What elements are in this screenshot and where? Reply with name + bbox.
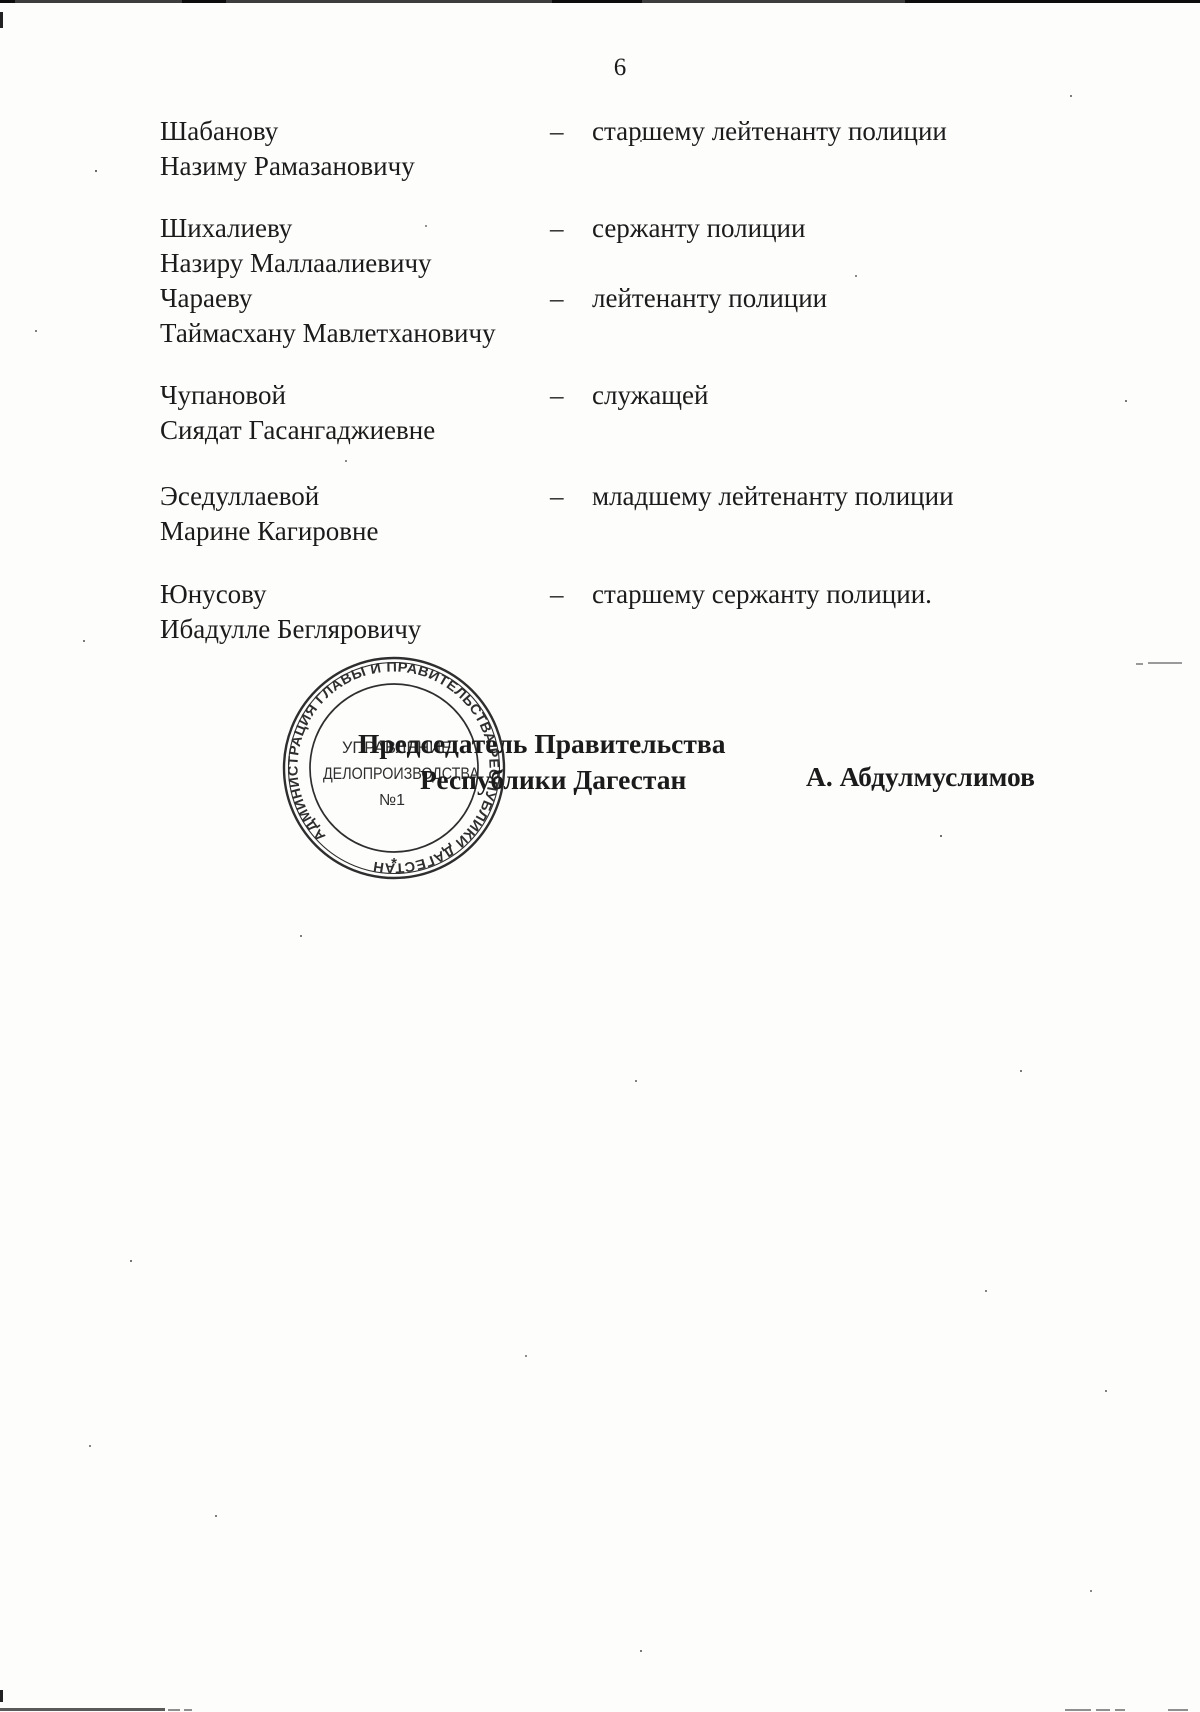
assignment-row: ЮнусовуИбадулле Бегляровичу – старшему с…	[160, 577, 1170, 647]
scan-dash-artifact	[1148, 662, 1182, 664]
scan-dash-artifact	[184, 1709, 192, 1711]
stamp-center-line3: №1	[379, 792, 405, 809]
scanned-document-page: 6 ШабановуНазиму Рамазановичу – старшему…	[0, 0, 1200, 1712]
assignment-row: ШихалиевуНазиру Маллаалиевичу – сержанту…	[160, 211, 1170, 281]
page-number: 6	[594, 54, 646, 82]
stamp-ring-star: *	[391, 855, 397, 872]
assignment-row: ЧараевуТаймасхану Мавлетхановичу – лейте…	[160, 281, 1170, 351]
separator-dash: –	[550, 378, 592, 413]
separator-dash: –	[550, 114, 592, 149]
assignment-row: ЭседуллаевойМарине Кагировне – младшему …	[160, 479, 1170, 549]
scan-edge-artifact-left	[0, 12, 3, 28]
scan-dash-artifact	[168, 1709, 180, 1711]
recipient-name: ЧараевуТаймасхану Мавлетхановичу	[160, 281, 550, 351]
separator-dash: –	[550, 577, 592, 612]
assigned-rank: служащей	[592, 378, 1170, 413]
assigned-rank: старшему сержанту полиции.	[592, 577, 1170, 612]
scan-dash-artifact	[1136, 663, 1143, 665]
recipient-name: ЧупановойСиядат Гасангаджиевне	[160, 378, 550, 448]
assignment-row: ШабановуНазиму Рамазановичу – старшему л…	[160, 114, 1170, 184]
scan-edge-artifact-bottom-left	[0, 1708, 165, 1711]
assigned-rank: младшему лейтенанту полиции	[592, 479, 1170, 514]
signatory-name: А. Абдулмуслимов	[806, 761, 1035, 793]
scan-noise-specks	[95, 170, 97, 172]
scan-dash-artifact	[1065, 1709, 1091, 1711]
scan-dash-artifact	[1115, 1709, 1125, 1711]
assigned-rank: старшему лейтенанту полиции	[592, 114, 1170, 149]
separator-dash: –	[550, 211, 592, 246]
scan-dash-artifact	[1168, 1709, 1188, 1711]
separator-dash: –	[550, 281, 592, 316]
recipient-name: ШабановуНазиму Рамазановичу	[160, 114, 550, 184]
recipient-name: ЮнусовуИбадулле Бегляровичу	[160, 577, 550, 647]
assignment-row: ЧупановойСиядат Гасангаджиевне – служаще…	[160, 378, 1170, 448]
signature-title-line2: Республики Дагестан	[420, 764, 686, 796]
separator-dash: –	[550, 479, 592, 514]
scan-dash-artifact	[1096, 1709, 1110, 1711]
assigned-rank: сержанту полиции	[592, 211, 1170, 246]
scan-edge-artifact-top	[0, 0, 1200, 3]
assigned-rank: лейтенанту полиции	[592, 281, 1170, 316]
scan-edge-artifact	[0, 1690, 3, 1702]
signature-title-line1: Председатель Правительства	[358, 728, 725, 760]
recipient-name: ШихалиевуНазиру Маллаалиевичу	[160, 211, 550, 281]
recipient-name: ЭседуллаевойМарине Кагировне	[160, 479, 550, 549]
